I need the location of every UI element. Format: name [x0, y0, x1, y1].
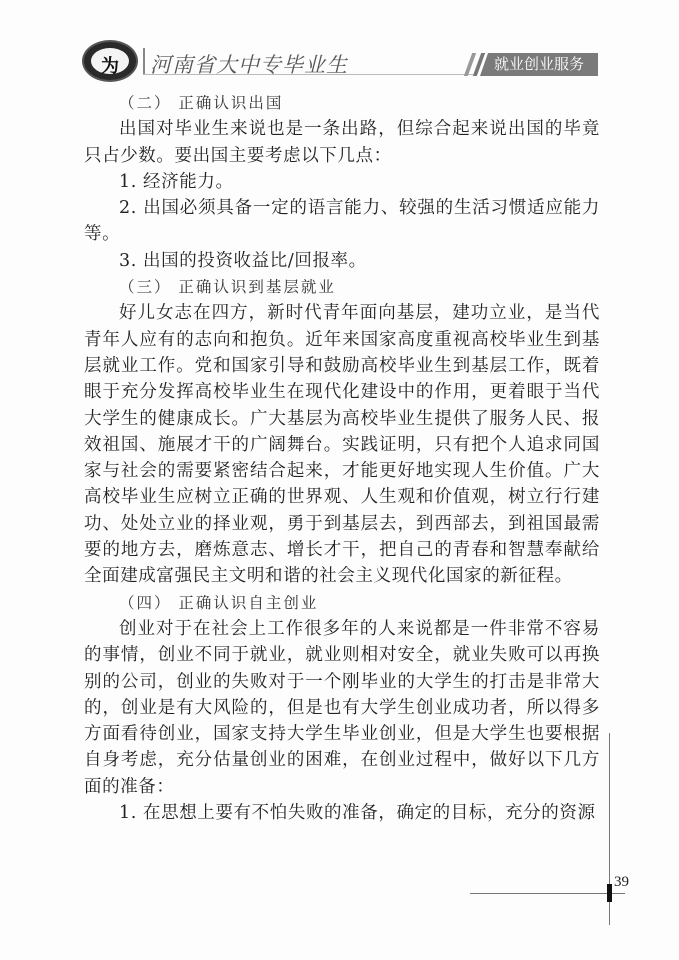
- school-emblem-icon: 为: [82, 40, 138, 82]
- header-rule: [143, 74, 473, 75]
- page-number: 39: [614, 874, 629, 891]
- list-item: 2. 出国必须具备一定的语言能力、较强的生活习惯适应能力等。: [84, 195, 600, 248]
- header-divider: [143, 48, 145, 74]
- emblem-glyph: 为: [101, 52, 119, 78]
- section-tag: 就业创业服务手册: [480, 53, 598, 76]
- page-body: （二） 正确认识出国 出国对毕业生来说也是一条出路，但综合起来说出国的毕竟只占少…: [84, 90, 600, 826]
- section-heading: （四） 正确认识自主创业: [84, 590, 600, 616]
- section-heading: （三） 正确认识到基层就业: [84, 274, 600, 300]
- section-heading: （二） 正确认识出国: [84, 90, 600, 116]
- page-marker: [607, 884, 612, 902]
- paragraph: 出国对毕业生来说也是一条出路，但综合起来说出国的毕竟只占少数。要出国主要考虑以下…: [84, 116, 600, 169]
- list-item: 1. 在思想上要有不怕失败的准备，确定的目标，充分的资源: [84, 800, 600, 826]
- paragraph: 创业对于在社会上工作很多年的人来说都是一件非常不容易的事情，创业不同于就业，就业…: [84, 616, 600, 800]
- list-item: 1. 经济能力。: [84, 169, 600, 195]
- list-item: 3. 出国的投资收益比/回报率。: [84, 248, 600, 274]
- paragraph: 好儿女志在四方，新时代青年面向基层，建功立业，是当代青年人应有的志向和抱负。近年…: [84, 300, 600, 589]
- margin-rule-horizontal: [470, 893, 625, 894]
- page-header: 为 河南省大中专毕业生 就业创业服务手册: [0, 0, 679, 80]
